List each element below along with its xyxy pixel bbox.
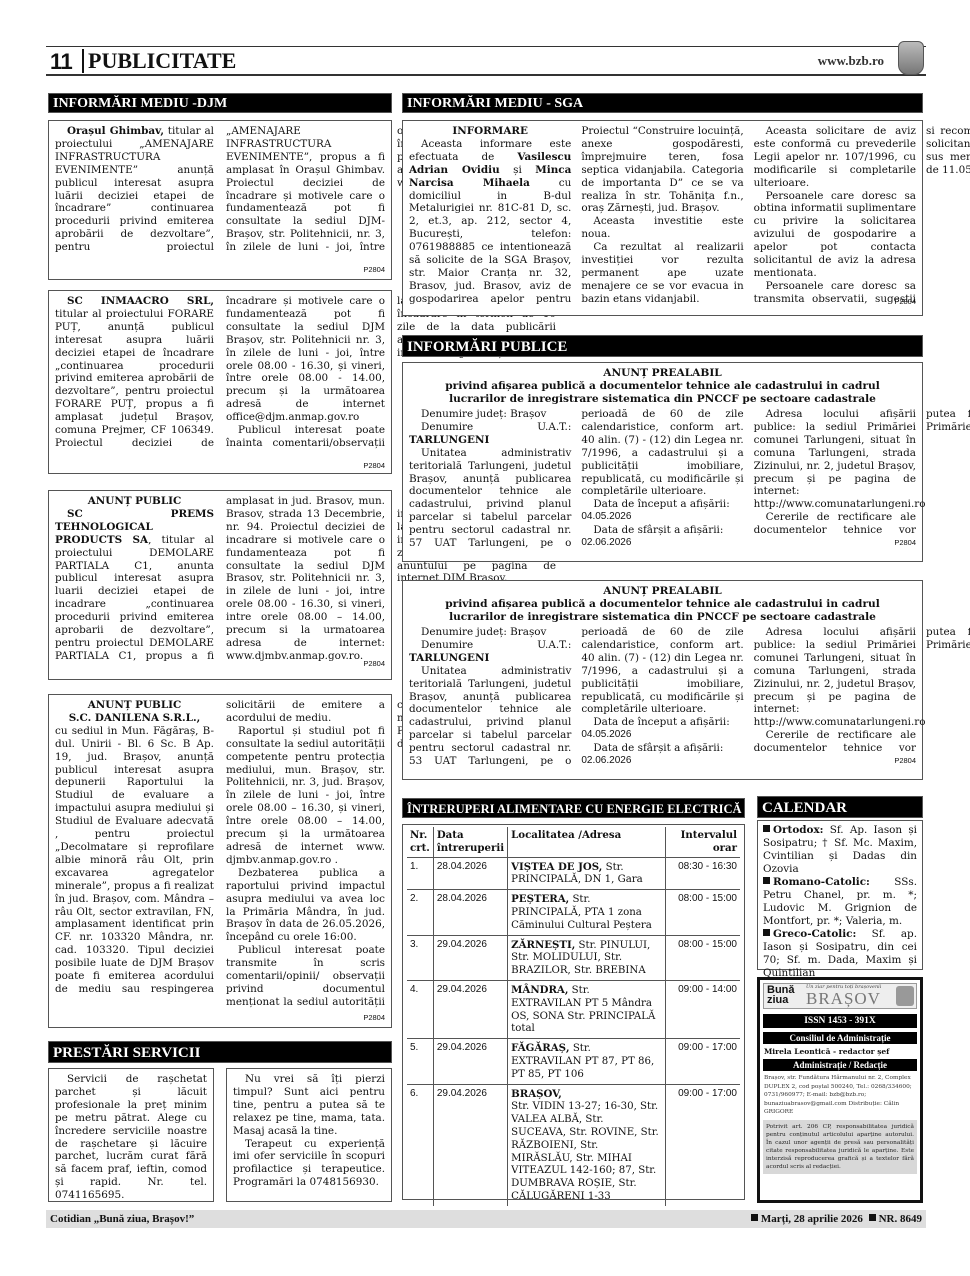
row-interval: 09:00 - 14:00 (665, 980, 740, 1038)
row-date: 29.04.2026 (433, 980, 507, 1038)
ad-title: ANUNȚ PREALABIL (409, 585, 916, 598)
ad-text: Raportul și studiul pot fi consultate la… (226, 725, 385, 867)
bullet-square-icon (763, 877, 770, 884)
ad-text: Persoanele care doresc sa obtina informa… (754, 190, 916, 280)
uat-name: TARLUNGENI (409, 652, 489, 664)
ad-lead: SC INMAACRO SRL, (67, 295, 214, 307)
section-header-sga: INFORMĂRI MEDIU - SGA (402, 93, 923, 113)
ad-text: Data de sfârșit a afișării: (581, 742, 743, 755)
row-number: 2. (407, 890, 433, 935)
masthead: 11 PUBLICITATE www.bzb.ro (46, 46, 926, 76)
page-number: 11 (50, 49, 72, 75)
board-title: Consiliul de Administrație (763, 1032, 917, 1044)
col-header: Localitatea /Adresa (508, 827, 665, 857)
row-interval: 09:00 - 17:00 (665, 1084, 740, 1206)
col-header: Data întreruperii (433, 827, 507, 857)
row-place: MÂNDRA, (511, 984, 568, 996)
row-place: VIȘTEA DE JOS, (511, 861, 602, 873)
imprint-box: Bunăziua BRAȘOV Un ziar pentru toți braș… (757, 977, 923, 1203)
ad-text: Denumire județ: Brașov (409, 408, 571, 421)
bullet-square-icon (763, 929, 770, 936)
ad-text: Adresa locului afișării publice: la sedi… (754, 408, 916, 511)
ad-parchet: Servicii de rașchetat parchet și lăcuit … (48, 1068, 214, 1202)
calendar-label: Ortodox: (773, 824, 823, 836)
logo-crest-icon (896, 986, 914, 1006)
bullet-square-icon (763, 825, 770, 832)
issn: ISSN 1453 - 391X (763, 1014, 917, 1028)
ad-text: Dezbaterea publica a raportului privind … (226, 867, 385, 944)
bullet-square-icon (751, 1214, 758, 1221)
row-interval: 08:00 - 15:00 (665, 935, 740, 980)
row-place: BRAȘOV, (511, 1088, 562, 1100)
row-date: 29.04.2026 (433, 935, 507, 980)
ad-text: Servicii de rașchetat parchet și lăcuit … (55, 1073, 207, 1202)
ad-ghimbav: Orașul Ghimbav, titular al proiectului „… (48, 120, 392, 280)
ad-text: Terapeut cu experiență imi ofer servicii… (233, 1138, 385, 1190)
start-date: 04.05.2026 (581, 511, 743, 524)
ad-code: P2804 (55, 461, 385, 470)
calendar-item-romano-catolic: Romano-Catolic: SSs. Petru Chanel, pr. m… (763, 876, 917, 928)
footer-issue-info: Marți, 28 aprilie 2026 NR. 8649 (751, 1210, 922, 1228)
col-header: Nr. crt. (407, 827, 433, 857)
logo-text: ziua (767, 994, 788, 1006)
ad-text: Nu vrei să îți pierzi timpul? Sunt aici … (233, 1073, 385, 1138)
row-number: 3. (407, 935, 433, 980)
website-link[interactable]: www.bzb.ro (818, 53, 884, 69)
row-number: 5. (407, 1039, 433, 1084)
logo-city: BRAȘOV (806, 989, 881, 1009)
row-address: Str. VIDIN 13-27; 16-30, Str. VALEA ALBĂ… (511, 1101, 659, 1202)
ad-danilena: ANUNȚ PUBLIC S.C. DANILENA S.R.L., cu se… (48, 694, 392, 1028)
calendar-label: Romano-Catolic: (773, 876, 870, 888)
ad-text: Aceasta solicitare de aviz este conformă… (754, 125, 916, 190)
page-footer: Cotidian „Bună ziua, Brașov!” Marți, 28 … (46, 1210, 926, 1228)
ad-code: P2804 (55, 265, 385, 274)
logo-tagline: Un ziar pentru toți brașovenii (806, 984, 881, 990)
row-date: 29.04.2026 (433, 1084, 507, 1206)
ad-code: P2804 (55, 1013, 385, 1022)
section-header-servicii: PRESTĂRI SERVICII (48, 1041, 392, 1063)
row-interval: 08:00 - 15:00 (665, 890, 740, 935)
table-row: 2. 28.04.2026 PEȘTERA, Str. PRINCIPALĂ, … (407, 890, 740, 935)
row-place: FĂGĂRAȘ, (511, 1042, 569, 1054)
footer-issue-number: NR. 8649 (879, 1213, 922, 1225)
row-place: PEȘTERA, (511, 893, 569, 905)
row-date: 28.04.2026 (433, 890, 507, 935)
ad-text: și (500, 164, 536, 176)
footer-publication: Cotidian „Bună ziua, Brașov!” (50, 1213, 194, 1225)
page-section-title: PUBLICITATE (82, 49, 236, 73)
start-date: 04.05.2026 (581, 729, 743, 742)
ad-subtitle: privind afișarea publică a documentelor … (409, 380, 916, 406)
ad-title: ANUNȚ PUBLIC (55, 495, 214, 508)
table-row: 3. 29.04.2026 ZĂRNEȘTI, Str. PINULUI, St… (407, 935, 740, 980)
ad-lead: Orașul Ghimbav, (67, 125, 164, 137)
outages-table: Nr. crt. Data întreruperii Localitatea /… (407, 827, 740, 1206)
outages-table-box: Nr. crt. Data întreruperii Localitatea /… (402, 824, 745, 1200)
row-place: ZĂRNEȘTI, (511, 939, 575, 951)
section-header-djm: INFORMĂRI MEDIU -DJM (48, 93, 392, 113)
admin-title: Administrație / Redacție (763, 1059, 917, 1071)
calendar-item-ortodox: Ortodox: Sf. Ap. Iason și Sosipatru; † S… (763, 824, 917, 876)
calendar-item-greco-catolic: Greco-Catolic: Sf. ap. Iason și Sosipatr… (763, 928, 917, 980)
ad-text: Data de sfârșit a afișării: (581, 524, 743, 537)
section-header-calendar: CALENDAR (757, 796, 923, 818)
newspaper-logo: Bunăziua BRAȘOV Un ziar pentru toți braș… (763, 983, 917, 1009)
ad-prems: ANUNȚ PUBLIC SC PREMS TEHNOLOGICAL PRODU… (48, 490, 392, 680)
row-date: 28.04.2026 (433, 857, 507, 890)
bullet-square-icon (869, 1214, 876, 1221)
col-header: Intervalul orar (665, 827, 740, 857)
ad-title: INFORMARE (409, 125, 571, 138)
row-number: 6. (407, 1084, 433, 1206)
calendar-box: Ortodox: Sf. Ap. Iason și Sosipatru; † S… (757, 820, 923, 970)
legal-disclaimer: Potrivit art. 206 CP, responsabilitatea … (763, 1120, 917, 1174)
table-row: 4. 29.04.2026 MÂNDRA, Str. EXTRAVILAN PT… (407, 980, 740, 1038)
footer-date: Marți, 28 aprilie 2026 (761, 1213, 863, 1225)
ad-text: Data de început a afișării: (581, 498, 743, 511)
row-date: 29.04.2026 (433, 1039, 507, 1084)
row-interval: 09:00 - 17:00 (665, 1039, 740, 1084)
section-header-publice: INFORMĂRI PUBLICE (402, 335, 923, 357)
ad-title: ANUNȚ PREALABIL (409, 367, 916, 380)
ad-text: Denumire județ: Brașov (409, 626, 571, 639)
ad-masaj: Nu vrei să îți pierzi timpul? Sunt aici … (226, 1068, 392, 1202)
ad-prealabil-53: ANUNȚ PREALABIL privind afișarea publică… (402, 580, 923, 780)
ad-text: Adresa locului afișării publice: la sedi… (754, 626, 916, 729)
coat-of-arms-icon (898, 41, 924, 75)
row-interval: 08:30 - 16:30 (665, 857, 740, 890)
ad-text: Aceasta investitie este noua. (581, 215, 743, 241)
ad-informare-sga: INFORMARE Aceasta informare este efectua… (402, 120, 923, 316)
table-row: 1. 28.04.2026 VIȘTEA DE JOS, Str. PRINCI… (407, 857, 740, 890)
uat-name: TARLUNGENI (409, 434, 489, 446)
calendar-label: Greco-Catolic: (773, 928, 856, 940)
ad-text: Denumire U.A.T.: (421, 421, 571, 433)
ad-lead: S.C. DANILENA S.R.L., (55, 712, 214, 725)
table-row: 6. 29.04.2026 BRAȘOV,Str. VIDIN 13-27; 1… (407, 1084, 740, 1206)
ad-text: Ca rezultat al realizarii investiției vo… (581, 241, 743, 306)
section-header-intreruperi: ÎNTRERUPERI ALIMENTARE CU ENERGIE ELECTR… (402, 798, 745, 818)
ad-text: Denumire U.A.T.: (421, 639, 571, 651)
contact-address: Brașov, str. Fundătura Hărmanului nr. 2,… (764, 1074, 916, 1117)
row-number: 1. (407, 857, 433, 890)
row-number: 4. (407, 980, 433, 1038)
table-row: 5. 29.04.2026 FĂGĂRAȘ, Str. EXTRAVILAN P… (407, 1039, 740, 1084)
ad-text: Data de început a afișării: (581, 716, 743, 729)
ad-subtitle: privind afișarea publică a documentelor … (409, 598, 916, 624)
ad-title: ANUNȚ PUBLIC (55, 699, 214, 712)
ad-prealabil-57: ANUNȚ PREALABIL privind afișarea publică… (402, 362, 923, 562)
ad-inmaacro: SC INMAACRO SRL, titular al proiectului … (48, 290, 392, 474)
editor-name: Mirela Leonticā - redactor șef (764, 1047, 916, 1056)
